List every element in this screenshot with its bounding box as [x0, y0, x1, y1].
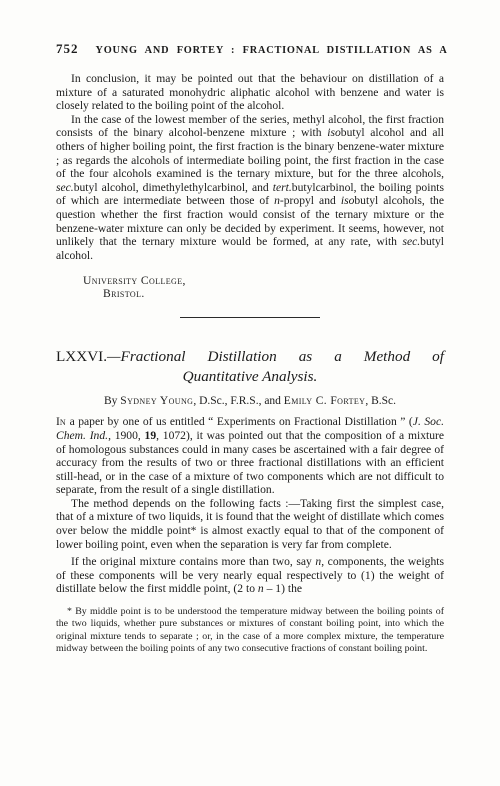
article-paragraph-2: The method depends on the following fact… [56, 497, 444, 551]
article-paragraph-3: If the original mixture contains more th… [56, 555, 444, 596]
signature-institution: University College, [83, 274, 444, 287]
article-byline: By Sydney Young, D.Sc., F.R.S., and Emil… [56, 395, 444, 407]
page-header: 752 YOUNG AND FORTEY : FRACTIONAL DISTIL… [56, 41, 444, 57]
journal-page: 752 YOUNG AND FORTEY : FRACTIONAL DISTIL… [0, 0, 500, 786]
conclusion-paragraph-1: In conclusion, it may be pointed out tha… [56, 72, 444, 113]
conclusion-paragraph-2: In the case of the lowest member of the … [56, 113, 444, 263]
article-paragraph-1: In a paper by one of us entitled “ Exper… [56, 415, 444, 497]
page-content: 752 YOUNG AND FORTEY : FRACTIONAL DISTIL… [56, 41, 444, 655]
section-divider [180, 317, 320, 318]
article-title: LXXVI.—Fractional Distillation as a Meth… [56, 347, 444, 386]
running-title: YOUNG AND FORTEY : FRACTIONAL DISTILLATI… [96, 45, 448, 56]
signature-city: Bristol. [103, 287, 444, 300]
article-title-line-1: LXXVI.—Fractional Distillation as a Meth… [56, 347, 444, 367]
article-body: In a paper by one of us entitled “ Exper… [56, 415, 444, 596]
footnote: * By middle point is to be understood th… [56, 606, 444, 655]
article-title-line-2: Quantitative Analysis. [56, 367, 444, 387]
signature-block: University College, Bristol. [56, 274, 444, 300]
page-number: 752 [56, 41, 79, 57]
